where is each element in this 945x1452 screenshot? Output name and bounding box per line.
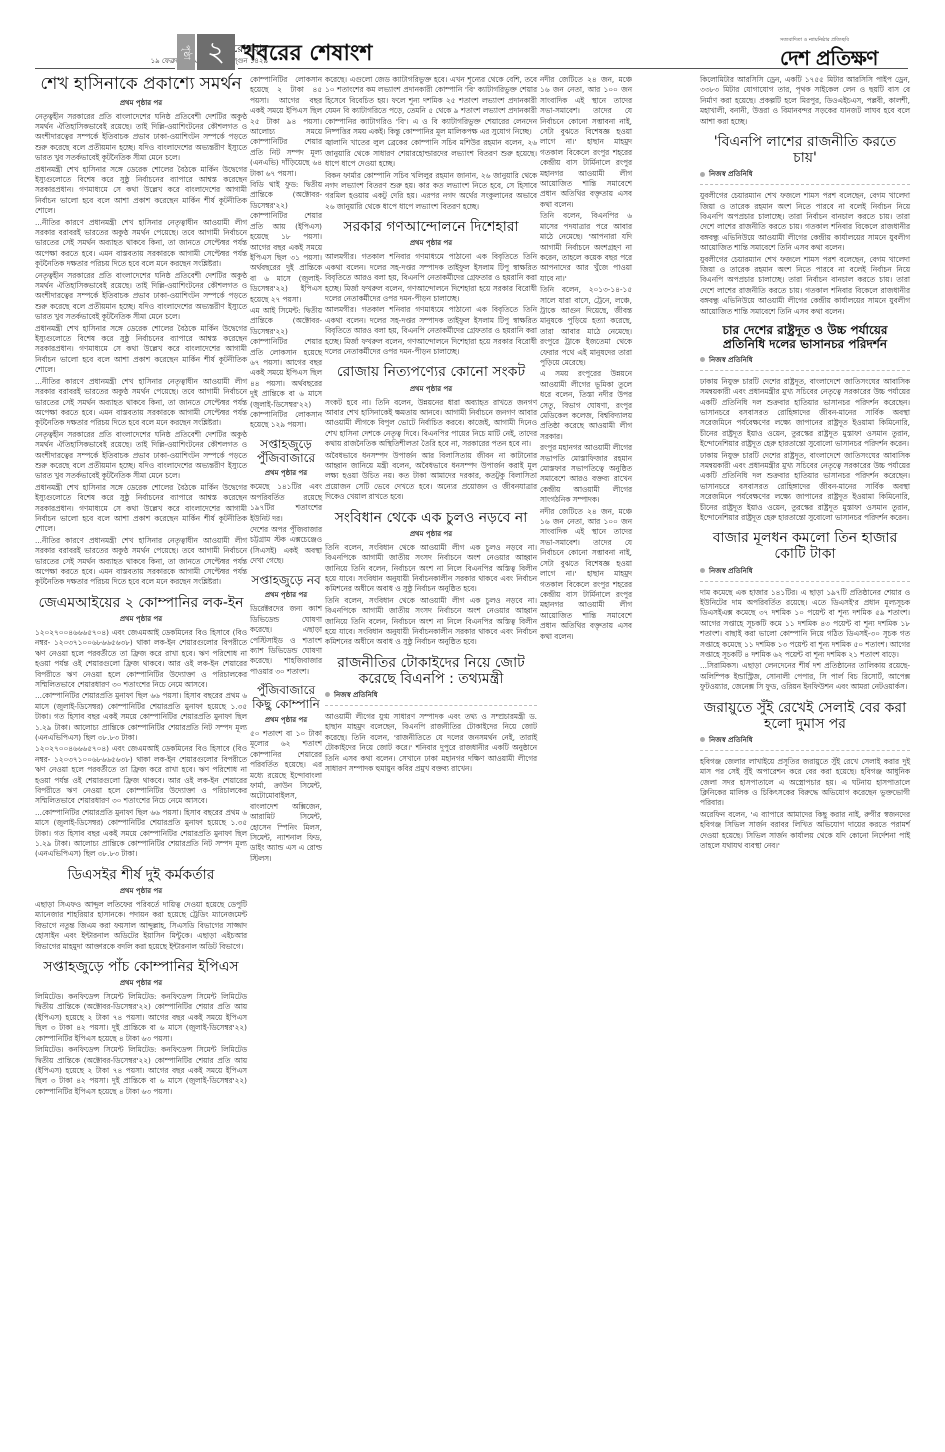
paragraph: ...সিরামিকস। এছাড়া লেনদেনের শীর্ষ দশ প্… [700,661,910,692]
article-headline: রাজনীতির টোকাইদের নিয়ে জোট করেছে বিএনপি… [325,655,537,687]
article-body: লিমিটেড। কনফিডেন্স সিমেন্ট লিমিটেড: কনফি… [35,992,247,1097]
article-headline: সপ্তাহজুড়ে নব [250,574,322,588]
article-headline: সপ্তাহজুড়ে পাঁচ কোম্পানির ইপিএস [35,959,247,975]
column-narrow: কোম্পানিটির লোকসান হয়েছে ২ টাকা ৪৫ পয়স… [250,75,322,865]
article-headline: বাজার মূলধন কমলো তিন হাজার কোটি টাকা [700,530,910,562]
paragraph: যুবলীগের চেয়ারম্যান শেখ ফজলে শামস পরশ ব… [700,191,910,253]
article-market-cap-decline: বাজার মূলধন কমলো তিন হাজার কোটি টাকা নিজ… [700,530,910,692]
divider [700,581,910,582]
byline-text: নিজস্ব প্রতিনিধি [709,736,753,744]
article-headline: সপ্তাহজুড়ে পুঁজিবাজারে [250,438,322,466]
article-headline: 'বিএনপি লাশের রাজনীতি করতে চায়' [700,134,910,166]
continued-label: প্রথম পৃষ্ঠার পর [325,528,537,540]
paragraph: লিমিটেড। কনফিডেন্স সিমেন্ট লিমিটেড: কনফি… [35,1045,247,1097]
paragraph: ৫০ শতাংশ বা ১০ টাকা মূল্যের ৬২ শতাংশ কোম… [250,729,322,864]
paragraph: আলমগীর। গতকাল শনিবার গণমাধ্যমে পাঠানো এক… [325,305,537,357]
paragraph: কমেছে ১৪১টির এবং অপরিবর্তিত রয়েছে ১৯৭টি… [250,482,322,524]
divider [700,750,910,751]
paragraph: নদীর জেটিতে ২৪ জন, মঞ্চে ১৬ জন নেতা, আর … [540,507,632,642]
continued-label: প্রথম পৃষ্ঠার পর [35,885,247,897]
divider [325,705,537,706]
paragraph: রংপুর মহানগর আওয়ামী লীগের সভাপতি মোস্তা… [540,443,632,505]
article-jmi-lock-in: জেএমআইয়ের ২ কোম্পানির লক-ইন প্রথম পৃষ্ঠ… [35,595,247,860]
article-sheikh-hasina-support: শেখ হাসিনাকে প্রকাশ্যে সমর্থন প্রথম পৃষ্… [35,75,247,588]
article-ramadan-supply: রোজায় নিত্যপণ্যের কোনো সংকট প্রথম পৃষ্ঠ… [325,364,537,502]
paragraph: এছাড়া সিএফও আব্দুল লতিফের পরিবর্তে দায়… [35,900,247,952]
divider [700,184,910,185]
page-number: ২ [197,34,235,70]
article-needle-in-uterus: জরায়ুতে সুঁই রেখেই সেলাই বের করা হলো দু… [700,700,910,852]
paragraph: প্রধানমন্ত্রী শেখ হাসিনার সঙ্গে ডেরেক শো… [35,483,247,535]
article-body: তিনি বলেন, সংবিধান থেকে আওয়ামী লীগ এক চ… [325,543,537,648]
paragraph: ১২০২৭০০৪৬৬৬৫৭০৪) এবং জেএমআই ডেকমিনের বিও… [35,628,247,690]
article-headline: চার দেশের রাষ্ট্রদূত ও উচ্চ পর্যায়ের প্… [700,324,910,352]
paragraph: নেতৃত্বহীন সরকারের প্রতি বাংলাদেশের ঘনিষ… [35,271,247,323]
article-market-companies: পুঁজিবাজারে কিছু কোম্পানি প্রথম পৃষ্ঠার … [250,684,322,864]
paragraph: নেতৃত্বহীন সরকারের প্রতি বাংলাদেশের ঘনিষ… [35,430,247,482]
continued-label: প্রথম পৃষ্ঠার পর [250,589,322,601]
article-headline: সংবিধান থেকে এক চুলও নড়বে না [325,510,537,526]
continued-label: প্রথম পৃষ্ঠার পর [35,613,247,625]
bullet-icon [700,172,705,177]
paragraph: আলমগীর। গতকাল শনিবার গণমাধ্যমে পাঠানো এক… [325,252,537,304]
article-body: ঢাকায় নিযুক্ত চারটি দেশের রাষ্ট্রদূত, ব… [700,377,910,524]
article-dse-officials: ডিএসইর শীর্ষ দুই কর্মকর্তার প্রথম পৃষ্ঠা… [35,867,247,952]
paragraph: জ্বালানি খাতের লুল ব্রেকের কোম্পানি সচিব… [325,138,537,169]
column-middle: করেছে। এগুলো জেড ক্যাটাগরিভুক্ত হবে। এখন… [325,75,537,775]
paragraph: আওয়ামী লীগের যুগ্ম সাধারণ সম্পাদক এবং ত… [325,712,537,774]
bullet-icon [700,737,705,742]
article-body-continued: কিলোমিটার আরসিসি ড্রেন, একটি ১৭৫৫ মিটার … [700,75,910,127]
article-constitution: সংবিধান থেকে এক চুলও নড়বে না প্রথম পৃষ্… [325,510,537,648]
article-bnp-corpse-politics: 'বিএনপি লাশের রাজনীতি করতে চায়' নিজস্ব … [700,134,910,317]
article-bnp-alliance: রাজনীতির টোকাইদের নিয়ে জোট করেছে বিএনপি… [325,655,537,775]
article-headline: শেখ হাসিনাকে প্রকাশ্যে সমর্থন [35,75,247,95]
paragraph: ডিরেক্টরদের জন্য ক্যাশ ডিভিডেন্ড ঘোষণা ক… [250,604,322,677]
article-weekly-market: সপ্তাহজুড়ে পুঁজিবাজারে প্রথম পৃষ্ঠার পর… [250,438,322,567]
paragraph: অবৈধভাবে ধনসম্পদ উপার্জন আর বিলাসিতায় জ… [325,451,537,503]
byline-text: নিজস্ব প্রতিনিধি [709,170,753,178]
paragraph: কিলোমিটার আরসিসি ড্রেন, একটি ১৭৫৫ মিটার … [700,75,910,127]
article-body: ১২০২৭০০৪৬৬৬৫৭০৪) এবং জেএমআই ডেকমিনের বিও… [35,628,247,860]
newspaper-logo: দেশ প্রতিক্ষণ [780,44,878,77]
article-body: দাম কমেছে এক হাজার ১৪১টির। এ ছাড়া ১৯৭টি… [700,588,910,693]
article-body: আওয়ামী লীগের যুগ্ম সাধারণ সম্পাদক এবং ত… [325,712,537,774]
article-body: কমেছে ১৪১টির এবং অপরিবর্তিত রয়েছে ১৯৭টি… [250,482,322,566]
paragraph: করেছে। এগুলো জেড ক্যাটাগরিভুক্ত হবে। এখন… [325,75,537,137]
bullet-icon [700,568,705,573]
paragraph: বিডি থাই ফুড: দ্বিতীয় প্রান্তিকে (অক্টো… [250,180,322,305]
paragraph: এ সময় রংপুরের উন্নয়নে আওয়ামী লীগের ভূ… [540,369,632,442]
page-label: পৃষ্ঠা [177,34,195,70]
byline-text: নিজস্ব প্রতিনিধি [709,356,753,364]
paragraph: দেশের অপর পুঁজিবাজার চট্টগ্রাম স্টক এক্স… [250,525,322,567]
paragraph: তিনি বলেন, সংবিধান থেকে আওয়ামী লীগ এক চ… [325,543,537,595]
article-weekly-dividend: সপ্তাহজুড়ে নব প্রথম পৃষ্ঠার পর ডিরেক্টর… [250,574,322,678]
article-body: সংকট হবে না। তিনি বলেন, উন্নয়নের ধারা অ… [325,398,537,503]
article-headline: জরায়ুতে সুঁই রেখেই সেলাই বের করা হলো দু… [700,700,910,732]
staff-byline: নিজস্ব প্রতিনিধি [700,354,910,366]
divider [700,370,910,371]
article-body: এছাড়া সিএফও আব্দুল লতিফের পরিবর্তে দায়… [35,900,247,952]
paragraph: যুবলীগের চেয়ারম্যান শেখ ফজলে শামস পরশ ব… [700,255,910,317]
paragraph: নেতৃত্বহীন সরকারের প্রতি বাংলাদেশের ঘনিষ… [35,112,247,164]
paragraph: দাম কমেছে এক হাজার ১৪১টির। এ ছাড়া ১৯৭টি… [700,588,910,661]
article-govt-confused: সরকার গণআন্দোলনে দিশেহারা প্রথম পৃষ্ঠার … [325,219,537,357]
paragraph: ...কোম্পানিটির শেয়ারপ্রতি মুনাফা ছিল ৬৬… [35,808,247,860]
article-body: ডিরেক্টরদের জন্য ক্যাশ ডিভিডেন্ড ঘোষণা ক… [250,604,322,677]
paragraph: তিনি বলেন, বিএনপির ৬ মাসের পদযাত্রার পরে… [540,211,632,284]
paragraph: ...নীতির কারণে প্রধানমন্ত্রী শেখ হাসিনার… [35,377,247,429]
paragraph: সংকট হবে না। তিনি বলেন, উন্নয়নের ধারা অ… [325,398,537,450]
continued-label: প্রথম পৃষ্ঠার পর [325,383,537,395]
article-body-continued: করেছে। এগুলো জেড ক্যাটাগরিভুক্ত হবে। এখন… [325,75,537,212]
article-body: হবিগঞ্জ জেলার লাখাইয়ে প্রসূতির জরায়ুতে… [700,757,910,852]
paragraph: ...নীতির কারণে প্রধানমন্ত্রী শেখ হাসিনার… [35,218,247,270]
byline-text: নিজস্ব প্রতিনিধি [334,691,378,699]
article-body: আলমগীর। গতকাল শনিবার গণমাধ্যমে পাঠানো এক… [325,252,537,357]
paragraph: বিকন ফার্মার কোম্পানি সচিব খলিলুর রহমান … [325,171,537,213]
article-headline: রোজায় নিত্যপণ্যের কোনো সংকট [325,364,537,380]
paragraph: হবিগঞ্জ জেলার লাখাইয়ে প্রসূতির জরায়ুতে… [700,757,910,809]
article-five-company-eps: সপ্তাহজুড়ে পাঁচ কোম্পানির ইপিএস প্রথম প… [35,959,247,1097]
paragraph: লিমিটেড। কনফিডেন্স সিমেন্ট লিমিটেড: কনফি… [35,992,247,1044]
bullet-icon [325,692,330,697]
column-left: শেখ হাসিনাকে প্রকাশ্যে সমর্থন প্রথম পৃষ্… [35,75,247,1098]
article-body: নেতৃত্বহীন সরকারের প্রতি বাংলাদেশের ঘনিষ… [35,112,247,588]
paragraph: এম আই সিমেন্ট: দ্বিতীয় প্রান্তিকে (অক্ট… [250,306,322,431]
article-headline: ডিএসইর শীর্ষ দুই কর্মকর্তার [35,867,247,883]
continued-label: প্রথম পৃষ্ঠার পর [35,977,247,989]
article-bhasanchar-visit: চার দেশের রাষ্ট্রদূত ও উচ্চ পর্যায়ের প্… [700,324,910,523]
staff-byline: নিজস্ব প্রতিনিধি [700,565,910,577]
masthead-rule-left [35,68,175,69]
staff-byline: নিজস্ব প্রতিনিধি [325,689,537,701]
paragraph: ...নীতির কারণে প্রধানমন্ত্রী শেখ হাসিনার… [35,536,247,588]
column-right: কিলোমিটার আরসিসি ড্রেন, একটি ১৭৫৫ মিটার … [700,75,910,852]
article-headline: সরকার গণআন্দোলনে দিশেহারা [325,219,537,235]
paragraph: ঢাকায় নিযুক্ত চারটি দেশের রাষ্ট্রদূত, ব… [700,377,910,450]
paragraph: কোম্পানিটির লোকসান হয়েছে ২ টাকা ৪৫ পয়স… [250,75,322,179]
continued-label: প্রথম পৃষ্ঠার পর [250,467,322,479]
article-body-continued: নদীর জেটিতে ২৪ জন, মঞ্চে ১৬ জন নেতা, আর … [540,75,632,642]
column-narrow-right: নদীর জেটিতে ২৪ জন, মঞ্চে ১৬ জন নেতা, আর … [540,75,632,643]
paragraph: অরেফিন বলেন, 'এ ব্যাপারে আমাদের কিছু করা… [700,810,910,852]
continued-label: প্রথম পৃষ্ঠার পর [325,237,537,249]
article-headline: পুঁজিবাজারে কিছু কোম্পানি [250,684,322,712]
paragraph: প্রধানমন্ত্রী শেখ হাসিনার সঙ্গে ডেরেক শো… [35,165,247,217]
paragraph: ঢাকায় নিযুক্ত চারটি দেশের রাষ্ট্রদূত, ব… [700,451,910,524]
continued-label: প্রথম পৃষ্ঠার পর [35,97,247,109]
staff-byline: নিজস্ব প্রতিনিধি [700,168,910,180]
paragraph: প্রধানমন্ত্রী শেখ হাসিনার সঙ্গে ডেরেক শো… [35,324,247,376]
paragraph: নদীর জেটিতে ২৪ জন, মঞ্চে ১৬ জন নেতা, আর … [540,75,632,210]
article-body-continued: কোম্পানিটির লোকসান হয়েছে ২ টাকা ৪৫ পয়স… [250,75,322,431]
paragraph: ১২০২৭০০৪৬৬৬৫৭০৪) এবং জেএমআই ডেকমিনের বিও… [35,744,247,806]
article-body: যুবলীগের চেয়ারম্যান শেখ ফজলে শামস পরশ ব… [700,191,910,317]
byline-text: নিজস্ব প্রতিনিধি [709,567,753,575]
paragraph: ...কোম্পানিটির শেয়ারপ্রতি মুনাফা ছিল ৬৬… [35,691,247,743]
article-headline: জেএমআইয়ের ২ কোম্পানির লক-ইন [35,595,247,611]
masthead: রোববার ১৯ ফেব্রুয়ারী ২০২৩ ◘ ৬ ফাল্গুন ১… [0,0,945,72]
continued-label: প্রথম পৃষ্ঠার পর [250,714,322,726]
paragraph: তিনি বলেন, সংবিধান থেকে আওয়ামী লীগ এক চ… [325,596,537,648]
bullet-icon [700,357,705,362]
article-body: ৫০ শতাংশ বা ১০ টাকা মূল্যের ৬২ শতাংশ কোম… [250,729,322,864]
paragraph: তিনি বলেন, ২০১৩-১৪-১৫ সালে যারা বাসে, ট্… [540,285,632,368]
staff-byline: নিজস্ব প্রতিনিধি [700,734,910,746]
